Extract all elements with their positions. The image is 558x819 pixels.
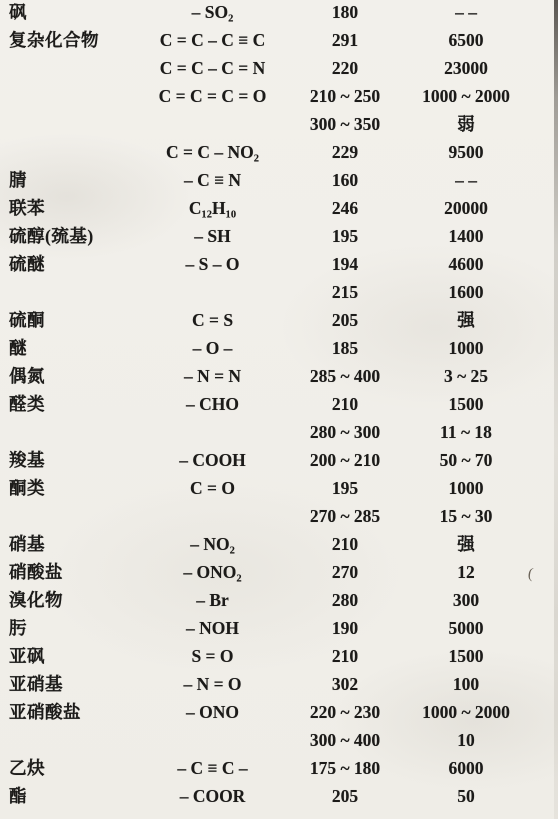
group-formula: – C ≡ C – — [140, 754, 285, 782]
group-name: 硝基 — [0, 530, 140, 558]
table-row: 300 ~ 400 10 — [0, 726, 558, 754]
group-name: 醛类 — [0, 390, 140, 418]
epsilon-value: 强 — [405, 530, 527, 558]
group-name: 砜 — [0, 0, 140, 26]
table-row: 亚砜 S = O 210 1500 — [0, 642, 558, 670]
wavelength-value: 302 — [285, 670, 405, 698]
wavelength-value: 270 ~ 285 — [285, 502, 405, 530]
wavelength-value: 291 — [285, 26, 405, 54]
epsilon-value: 弱 — [405, 110, 527, 138]
group-formula: – SO₂ — [140, 0, 285, 26]
epsilon-value: 3 ~ 25 — [405, 362, 527, 390]
wavelength-value: 210 ~ 250 — [285, 82, 405, 110]
table-row: 复杂化合物 C = C – C ≡ C 291 6500 — [0, 26, 558, 54]
epsilon-value: 10 — [405, 726, 527, 754]
group-formula: – NO₂ — [140, 530, 285, 558]
epsilon-value: 23000 — [405, 54, 527, 82]
group-name: 腈 — [0, 166, 140, 194]
group-formula: S = O — [140, 642, 285, 670]
epsilon-value: 6500 — [405, 26, 527, 54]
wavelength-value: 220 — [285, 54, 405, 82]
epsilon-value: 100 — [405, 670, 527, 698]
table-row: 羧基 – COOH 200 ~ 210 50 ~ 70 — [0, 446, 558, 474]
group-name: 乙炔 — [0, 754, 140, 782]
group-formula: – NOH — [140, 614, 285, 642]
group-formula: C = C – C = N — [140, 54, 285, 82]
wavelength-value: 210 — [285, 642, 405, 670]
wavelength-value: 160 — [285, 166, 405, 194]
table-row: C = C – C = N 220 23000 — [0, 54, 558, 82]
epsilon-value: 1000 ~ 2000 — [405, 698, 527, 726]
table-row: 215 1600 — [0, 278, 558, 306]
table-row: 硝基 – NO₂ 210 强 — [0, 530, 558, 558]
wavelength-value: 280 — [285, 586, 405, 614]
epsilon-value: 1500 — [405, 390, 527, 418]
group-name: 偶氮 — [0, 362, 140, 390]
epsilon-value: 1000 — [405, 334, 527, 362]
epsilon-value: 15 ~ 30 — [405, 502, 527, 530]
wavelength-value: 210 — [285, 390, 405, 418]
table-row: 亚硝酸盐 – ONO 220 ~ 230 1000 ~ 2000 — [0, 698, 558, 726]
table-row: 肟 – NOH 190 5000 — [0, 614, 558, 642]
scan-edge-shadow — [554, 0, 558, 819]
wavelength-value: 205 — [285, 782, 405, 810]
group-name: 亚硝基 — [0, 670, 140, 698]
group-name: 硫醚 — [0, 250, 140, 278]
group-formula: – COOR — [140, 782, 285, 810]
group-name: 亚砜 — [0, 642, 140, 670]
wavelength-value: 205 — [285, 306, 405, 334]
wavelength-value: 185 — [285, 334, 405, 362]
group-name: 硝酸盐 — [0, 558, 140, 586]
epsilon-value: 9500 — [405, 138, 527, 166]
group-formula: – CHO — [140, 390, 285, 418]
table-row: 酮类 C = O 195 1000 — [0, 474, 558, 502]
wavelength-value: 200 ~ 210 — [285, 446, 405, 474]
table-row: 联苯 C₁₂H₁₀ 246 20000 — [0, 194, 558, 222]
table-row: 酯 – COOR 205 50 — [0, 782, 558, 810]
group-formula: C₁₂H₁₀ — [140, 194, 285, 222]
epsilon-value: 50 — [405, 782, 527, 810]
epsilon-value: 11 ~ 18 — [405, 418, 527, 446]
wavelength-value: 194 — [285, 250, 405, 278]
wavelength-value: 220 ~ 230 — [285, 698, 405, 726]
group-name: 酮类 — [0, 474, 140, 502]
table-row: C = C = C = O 210 ~ 250 1000 ~ 2000 — [0, 82, 558, 110]
table-row: 醛类 – CHO 210 1500 — [0, 390, 558, 418]
wavelength-value: 280 ~ 300 — [285, 418, 405, 446]
table-row: C = C – NO₂ 229 9500 — [0, 138, 558, 166]
group-name: 羧基 — [0, 446, 140, 474]
wavelength-value: 190 — [285, 614, 405, 642]
group-name: 醚 — [0, 334, 140, 362]
table-row: 偶氮 – N = N 285 ~ 400 3 ~ 25 — [0, 362, 558, 390]
group-name: 亚硝酸盐 — [0, 698, 140, 726]
group-formula: C = S — [140, 306, 285, 334]
absorption-table: 砜 – SO₂ 180 – – 复杂化合物 C = C – C ≡ C 291 … — [0, 0, 558, 810]
epsilon-value: 1600 — [405, 278, 527, 306]
epsilon-value: 20000 — [405, 194, 527, 222]
epsilon-value: 4600 — [405, 250, 527, 278]
wavelength-value: 195 — [285, 474, 405, 502]
group-formula: C = O — [140, 474, 285, 502]
table-row: 硫醚 – S – O 194 4600 — [0, 250, 558, 278]
group-formula: – ONO₂ — [140, 558, 285, 586]
epsilon-value: 1400 — [405, 222, 527, 250]
group-formula: – C ≡ N — [140, 166, 285, 194]
table-row: 溴化物 – Br 280 300 — [0, 586, 558, 614]
group-name: 肟 — [0, 614, 140, 642]
table-row: 300 ~ 350 弱 — [0, 110, 558, 138]
table-row: 砜 – SO₂ 180 – – — [0, 0, 558, 26]
group-formula: – SH — [140, 222, 285, 250]
group-name: 联苯 — [0, 194, 140, 222]
group-name: 硫醇(巯基) — [0, 222, 140, 250]
group-formula: – N = O — [140, 670, 285, 698]
group-formula: – N = N — [140, 362, 285, 390]
table-row: 醚 – O – 185 1000 — [0, 334, 558, 362]
group-formula: – O – — [140, 334, 285, 362]
group-formula: C = C – NO₂ — [140, 138, 285, 166]
wavelength-value: 300 ~ 350 — [285, 110, 405, 138]
table-row: 腈 – C ≡ N 160 – – — [0, 166, 558, 194]
group-name: 硫酮 — [0, 306, 140, 334]
epsilon-value: 6000 — [405, 754, 527, 782]
wavelength-value: 285 ~ 400 — [285, 362, 405, 390]
table-row: 亚硝基 – N = O 302 100 — [0, 670, 558, 698]
epsilon-value: 12 — [405, 558, 527, 586]
epsilon-value: – – — [405, 166, 527, 194]
wavelength-value: 270 — [285, 558, 405, 586]
table-row: 280 ~ 300 11 ~ 18 — [0, 418, 558, 446]
wavelength-value: 180 — [285, 0, 405, 26]
wavelength-value: 215 — [285, 278, 405, 306]
table-row: 硫酮 C = S 205 强 — [0, 306, 558, 334]
epsilon-value: 5000 — [405, 614, 527, 642]
group-formula: – COOH — [140, 446, 285, 474]
table-row: 硝酸盐 – ONO₂ 270 12 — [0, 558, 558, 586]
wavelength-value: 195 — [285, 222, 405, 250]
epsilon-value: 300 — [405, 586, 527, 614]
epsilon-value: 1000 — [405, 474, 527, 502]
group-name: 酯 — [0, 782, 140, 810]
group-name: 复杂化合物 — [0, 26, 140, 54]
epsilon-value: 1500 — [405, 642, 527, 670]
group-formula: – S – O — [140, 250, 285, 278]
epsilon-value: – – — [405, 0, 527, 26]
wavelength-value: 229 — [285, 138, 405, 166]
group-formula: C = C = C = O — [140, 82, 285, 110]
group-formula: – Br — [140, 586, 285, 614]
group-name: 溴化物 — [0, 586, 140, 614]
wavelength-value: 300 ~ 400 — [285, 726, 405, 754]
scanned-document-page: 砜 – SO₂ 180 – – 复杂化合物 C = C – C ≡ C 291 … — [0, 0, 558, 819]
group-formula: C = C – C ≡ C — [140, 26, 285, 54]
group-formula: – ONO — [140, 698, 285, 726]
epsilon-value: 强 — [405, 306, 527, 334]
epsilon-value: 50 ~ 70 — [405, 446, 527, 474]
wavelength-value: 246 — [285, 194, 405, 222]
table-row: 硫醇(巯基) – SH 195 1400 — [0, 222, 558, 250]
epsilon-value: 1000 ~ 2000 — [405, 82, 527, 110]
wavelength-value: 210 — [285, 530, 405, 558]
table-row: 270 ~ 285 15 ~ 30 — [0, 502, 558, 530]
wavelength-value: 175 ~ 180 — [285, 754, 405, 782]
table-row: 乙炔 – C ≡ C – 175 ~ 180 6000 — [0, 754, 558, 782]
